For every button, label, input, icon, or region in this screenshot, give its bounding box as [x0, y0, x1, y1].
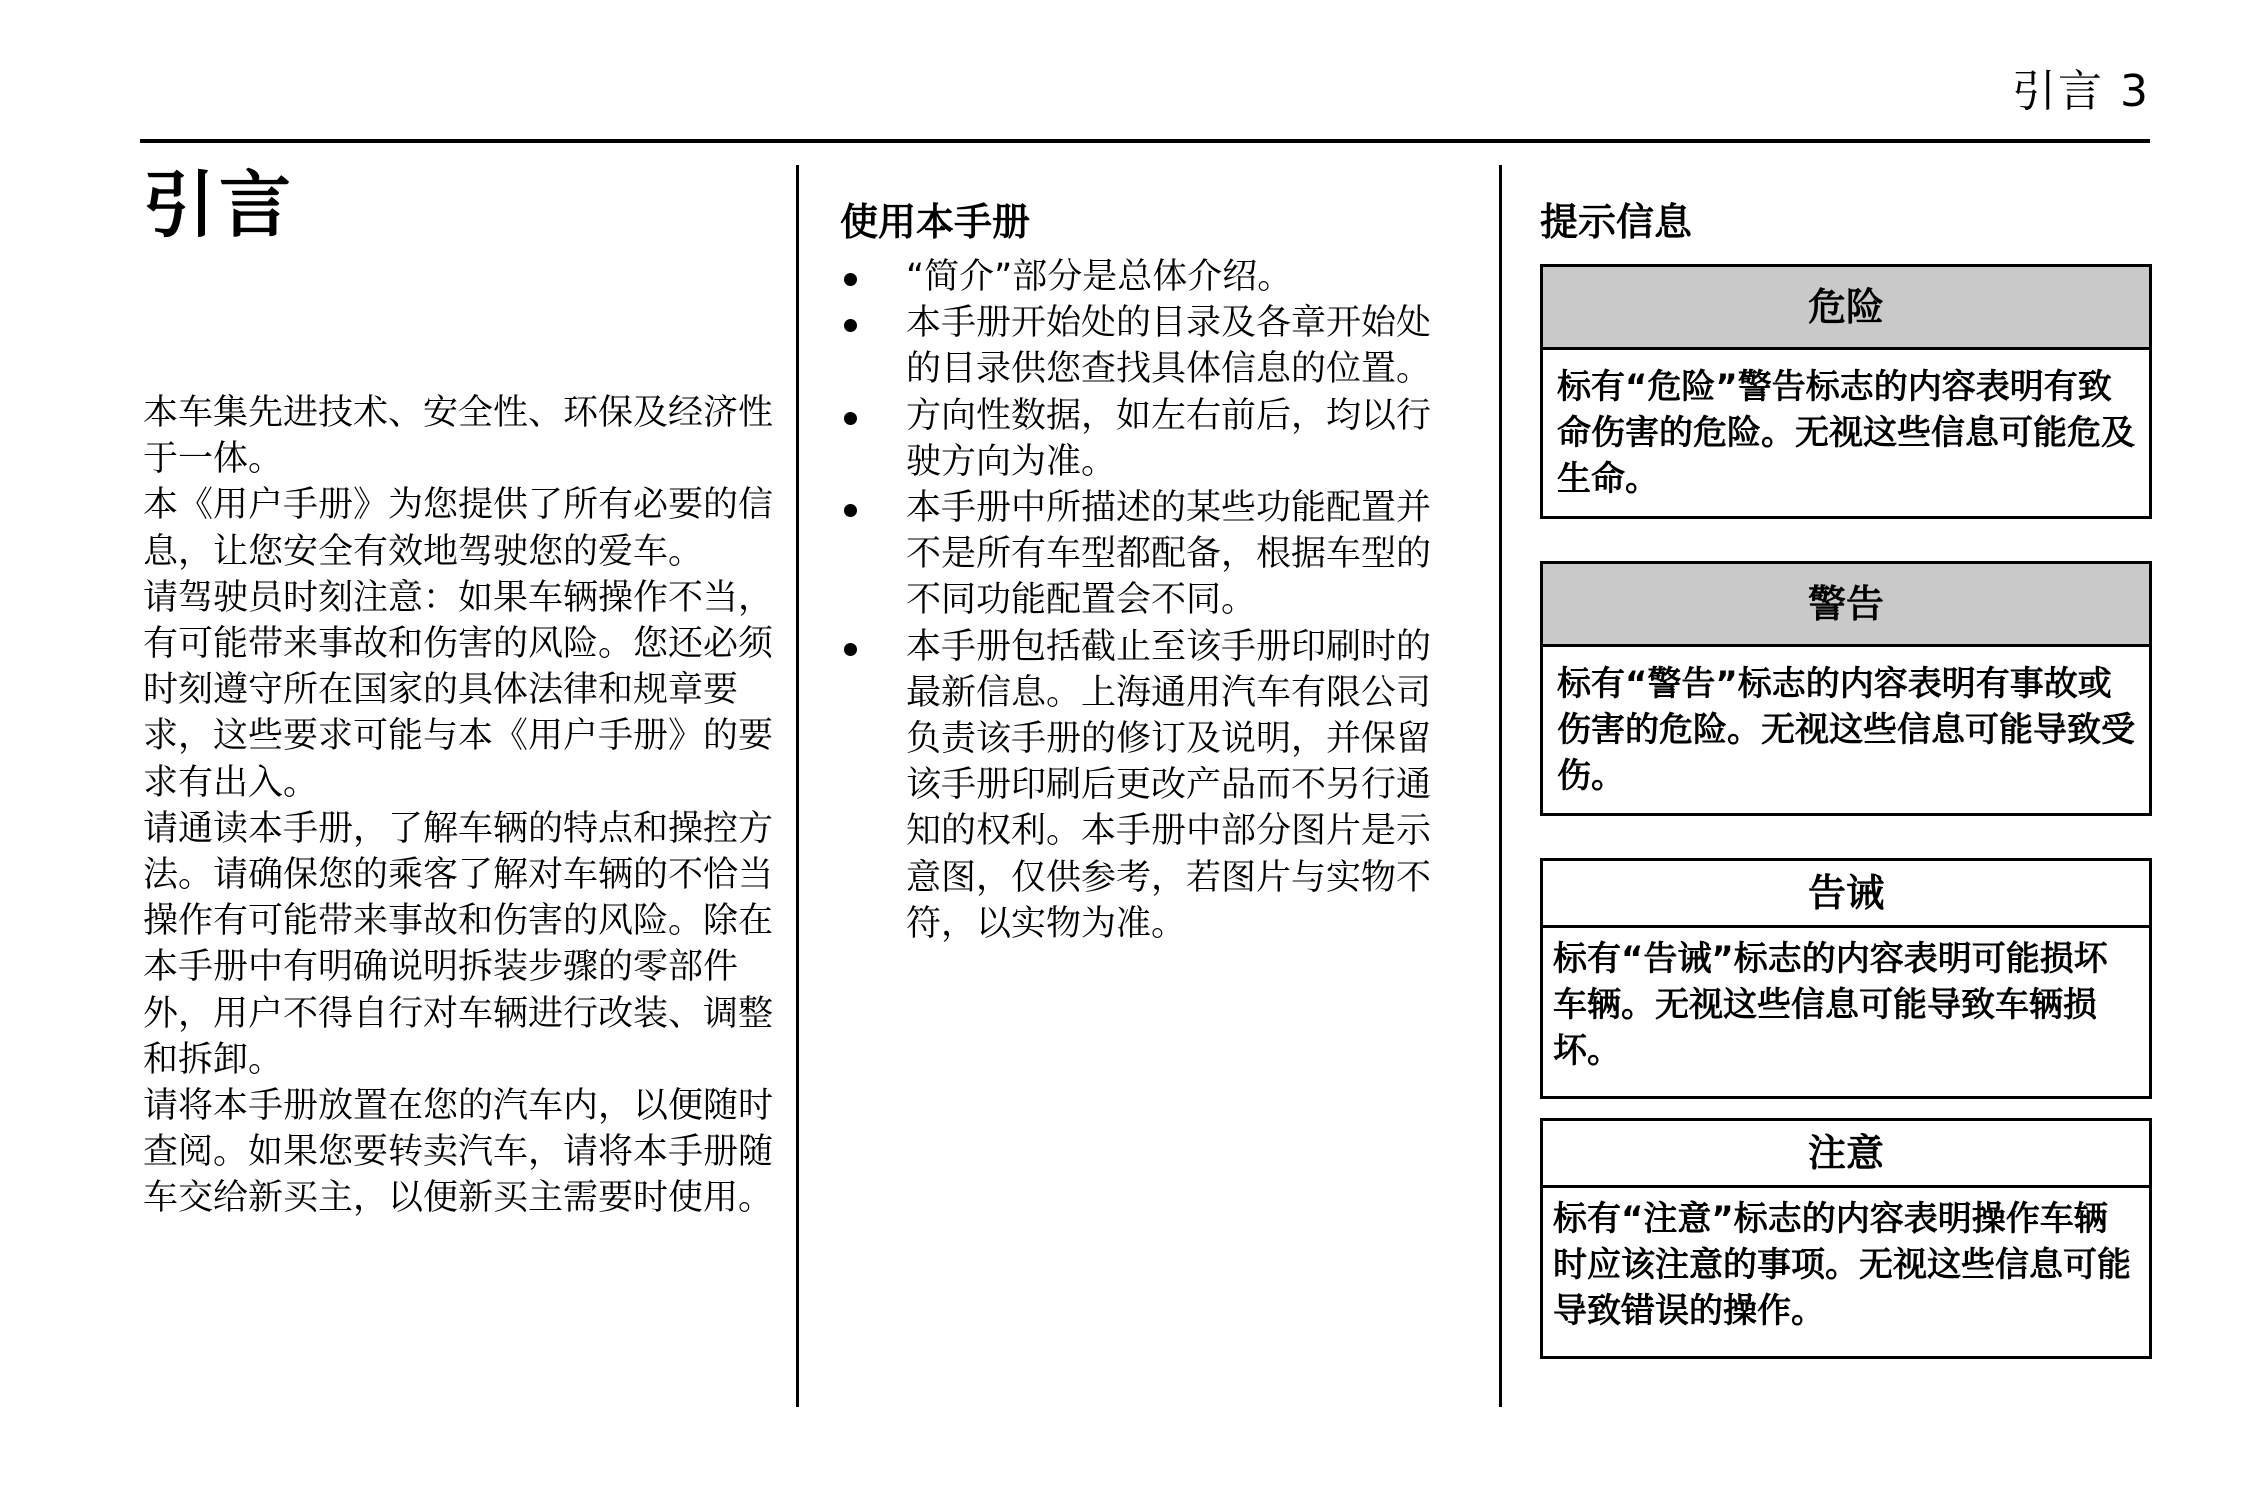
section-title-notices: 提示信息 [1540, 196, 2156, 248]
notice-note: 注意 标有“注意”标志的内容表明操作车辆时应该注意的事项。无视这些信息可能导致错… [1540, 1118, 2152, 1359]
notice-warning-text: 标有“警告”标志的内容表明有事故或伤害的危险。无视这些信息可能导致受伤。 [1543, 647, 2149, 813]
bullet-item: 本手册中所描述的某些功能配置并不是所有车型都配备，根据车型的不同功能配置会不同。 [840, 485, 1440, 624]
notice-warning-label: 警告 [1543, 564, 2149, 647]
notice-note-text: 标有“注意”标志的内容表明操作车辆时应该注意的事项。无视这些信息可能导致错误的操… [1543, 1188, 2149, 1356]
bullet-item: “简介”部分是总体介绍。 [840, 254, 1440, 300]
notice-note-label: 注意 [1543, 1121, 2149, 1188]
bullet-icon [844, 412, 857, 425]
intro-paragraphs: 本车集先进技术、安全性、环保及经济性于一体。 本《用户手册》为您提供了所有必要的… [143, 390, 783, 1222]
section-title-using-manual: 使用本手册 [840, 196, 1440, 248]
bullet-text: “简介”部分是总体介绍。 [906, 257, 1292, 297]
notice-caution-text: 标有“告诫”标志的内容表明可能损坏车辆。无视这些信息可能导致车辆损坏。 [1543, 928, 2149, 1096]
bullet-item: 本手册开始处的目录及各章开始处的目录供您查找具体信息的位置。 [840, 300, 1440, 392]
bullet-text: 本手册中所描述的某些功能配置并不是所有车型都配备，根据车型的不同功能配置会不同。 [906, 488, 1431, 620]
bullet-icon [844, 273, 857, 286]
left-column: 引言 本车集先进技术、安全性、环保及经济性于一体。 本《用户手册》为您提供了所有… [143, 160, 783, 1222]
notice-danger: 危险 标有“危险”警告标志的内容表明有致命伤害的危险。无视这些信息可能危及生命。 [1540, 264, 2152, 519]
notice-danger-label: 危险 [1543, 267, 2149, 350]
bullet-text: 本手册开始处的目录及各章开始处的目录供您查找具体信息的位置。 [906, 303, 1431, 389]
running-head: 引言 3 [2012, 62, 2150, 122]
bullet-icon [844, 319, 857, 332]
column-divider-right [1499, 165, 1502, 1407]
bullet-icon [844, 643, 857, 656]
bullet-list: “简介”部分是总体介绍。 本手册开始处的目录及各章开始处的目录供您查找具体信息的… [840, 254, 1440, 947]
notice-warning: 警告 标有“警告”标志的内容表明有事故或伤害的危险。无视这些信息可能导致受伤。 [1540, 561, 2152, 816]
intro-paragraph: 本车集先进技术、安全性、环保及经济性于一体。 [143, 390, 783, 482]
right-column: 提示信息 危险 标有“危险”警告标志的内容表明有致命伤害的危险。无视这些信息可能… [1540, 196, 2156, 254]
intro-paragraph: 请驾驶员时刻注意：如果车辆操作不当，有可能带来事故和伤害的风险。您还必须时刻遵守… [143, 575, 783, 806]
bullet-item: 本手册包括截止至该手册印刷时的最新信息。上海通用汽车有限公司负责该手册的修订及说… [840, 624, 1440, 947]
notice-caution: 告诫 标有“告诫”标志的内容表明可能损坏车辆。无视这些信息可能导致车辆损坏。 [1540, 858, 2152, 1099]
intro-paragraph: 请将本手册放置在您的汽车内，以便随时查阅。如果您要转卖汽车，请将本手册随车交给新… [143, 1083, 783, 1222]
intro-paragraph: 本《用户手册》为您提供了所有必要的信息，让您安全有效地驾驶您的爱车。 [143, 482, 783, 574]
bullet-item: 方向性数据，如左右前后，均以行驶方向为准。 [840, 393, 1440, 485]
header-rule [140, 139, 2150, 143]
bullet-text: 本手册包括截止至该手册印刷时的最新信息。上海通用汽车有限公司负责该手册的修订及说… [906, 627, 1431, 944]
column-divider-left [796, 165, 799, 1407]
intro-paragraph: 请通读本手册，了解车辆的特点和操控方法。请确保您的乘客了解对车辆的不恰当操作有可… [143, 806, 783, 1083]
notice-danger-text: 标有“危险”警告标志的内容表明有致命伤害的危险。无视这些信息可能危及生命。 [1543, 350, 2149, 516]
chapter-title: 引言 [143, 160, 783, 250]
bullet-icon [844, 504, 857, 517]
middle-column: 使用本手册 “简介”部分是总体介绍。 本手册开始处的目录及各章开始处的目录供您查… [840, 196, 1440, 947]
notice-caution-label: 告诫 [1543, 861, 2149, 928]
bullet-text: 方向性数据，如左右前后，均以行驶方向为准。 [906, 396, 1431, 482]
